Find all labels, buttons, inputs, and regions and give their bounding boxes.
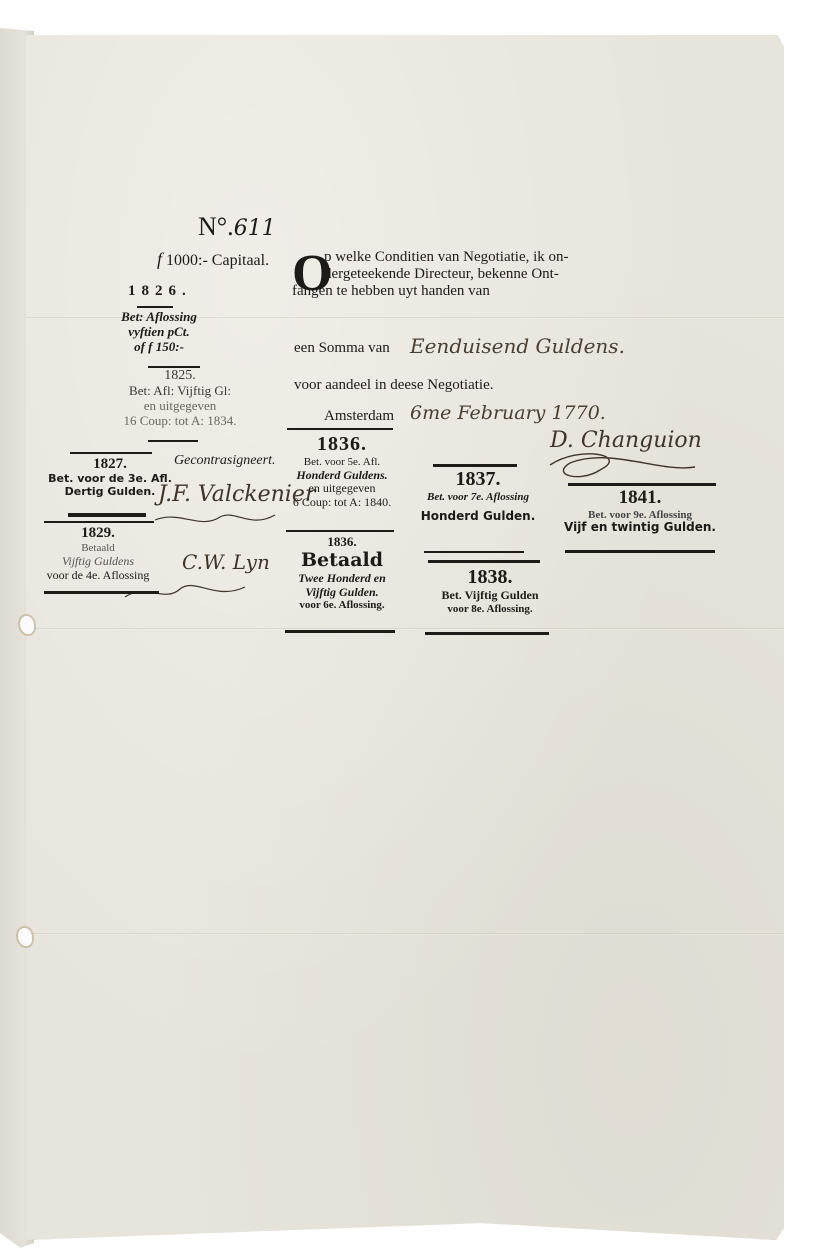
share-text: voor aandeel in deese Negotiatie. [294, 377, 494, 394]
fold-line [26, 933, 784, 935]
intro-paragraph: p welke Conditien van Negotiatie, ik on-… [300, 249, 569, 300]
divider [70, 452, 152, 454]
florin-sign: f [157, 249, 162, 269]
number-value: 611 [234, 216, 276, 241]
countersigned-label: Gecontrasigneert. [174, 453, 275, 469]
stamp-1841: 1841. Bet. voor 9e. Aflossing Vijf en tw… [560, 487, 720, 535]
stamp-1836: 1836. Bet. voor 5e. Afl. Honderd Guldens… [272, 433, 412, 510]
stamp-1837: 1837. Bet. voor 7e. Aflossing Honderd Gu… [410, 468, 546, 523]
stamp-1825: 1825. Bet: Afl: Vijftig Gl: en uitgegeve… [110, 368, 250, 429]
divider [428, 560, 540, 563]
certificate-number: N°.611 [198, 212, 276, 242]
year-1826: 1826. [128, 283, 192, 300]
divider [148, 440, 198, 442]
divider [565, 550, 715, 553]
divider [287, 428, 393, 430]
divider [424, 551, 524, 553]
signature-flourish [540, 445, 700, 485]
bond-certificate-sheet [26, 35, 784, 1240]
stamp-1836-betaald: 1836. Betaald Twee Honderd en Vijftig Gu… [272, 535, 412, 612]
capital-amount: f 1000:- Capitaal. [157, 249, 269, 270]
sum-label: een Somma van [294, 340, 390, 357]
divider [137, 306, 173, 308]
divider [44, 521, 154, 523]
place-label: Amsterdam [324, 408, 394, 425]
signature-flourish [150, 505, 280, 535]
capital-text: 1000:- Capitaal. [166, 252, 269, 269]
paper-damage-hole [18, 928, 32, 946]
divider [568, 483, 716, 486]
divider [68, 513, 146, 517]
stamp-1827: 1827. Bet. voor de 3e. Afl. Dertig Gulde… [40, 456, 180, 499]
sum-handwritten: Eenduisend Guldens. [410, 334, 625, 358]
fold-line [26, 628, 784, 630]
number-label: N°. [198, 212, 234, 241]
date-handwritten: 6me February 1770. [410, 402, 606, 424]
countersign-signature-2: C.W. Lyn [182, 550, 270, 574]
stamp-1829: 1829. Betaald Vijftig Guldens voor de 4e… [38, 525, 158, 582]
stamp-1826: Bet: Aflossing vyftien pCt. of f 150:- [110, 310, 208, 355]
paper-damage-hole [20, 616, 34, 634]
divider [286, 530, 394, 532]
divider [44, 591, 159, 594]
divider [425, 632, 549, 635]
stamp-1838: 1838. Bet. Vijftig Gulden voor 8e. Aflos… [420, 566, 560, 615]
divider [285, 630, 395, 633]
divider [433, 464, 517, 467]
